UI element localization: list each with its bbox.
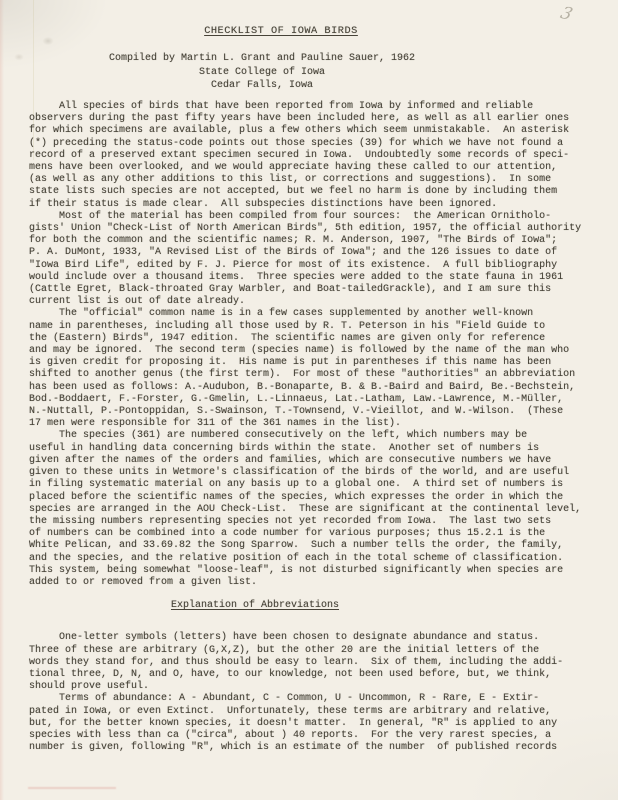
- institution: State College of Iowa: [0, 66, 524, 80]
- paper-smudge: [28, 787, 116, 789]
- paragraph-names: The "official" common name is in a few c…: [29, 308, 604, 430]
- paragraph-sources: Most of the material has been compiled f…: [29, 211, 604, 309]
- document-header: CHECKLIST OF IOWA BIRDS: [0, 20, 562, 38]
- paragraph-intro-1: All species of birds that have been repo…: [29, 101, 604, 211]
- document-title: CHECKLIST OF IOWA BIRDS: [204, 25, 358, 37]
- section-heading-wrap: Explanation of Abbreviations: [29, 600, 481, 612]
- paragraph-symbols: One-letter symbols (letters) have been c…: [29, 632, 604, 693]
- paragraph-abundance-terms: Terms of abundance: A - Abundant, C - Co…: [29, 693, 604, 754]
- location: Cedar Falls, Iowa: [0, 79, 524, 93]
- section-heading: Explanation of Abbreviations: [171, 600, 339, 611]
- byline: Compiled by Martin L. Grant and Pauline …: [0, 52, 524, 66]
- document-body: All species of birds that have been repo…: [29, 101, 604, 754]
- paragraph-numbering: The species (361) are numbered consecuti…: [29, 430, 604, 589]
- scanned-document-page: 3 CHECKLIST OF IOWA BIRDS Compiled by Ma…: [0, 0, 618, 800]
- byline-block: Compiled by Martin L. Grant and Pauline …: [0, 52, 524, 93]
